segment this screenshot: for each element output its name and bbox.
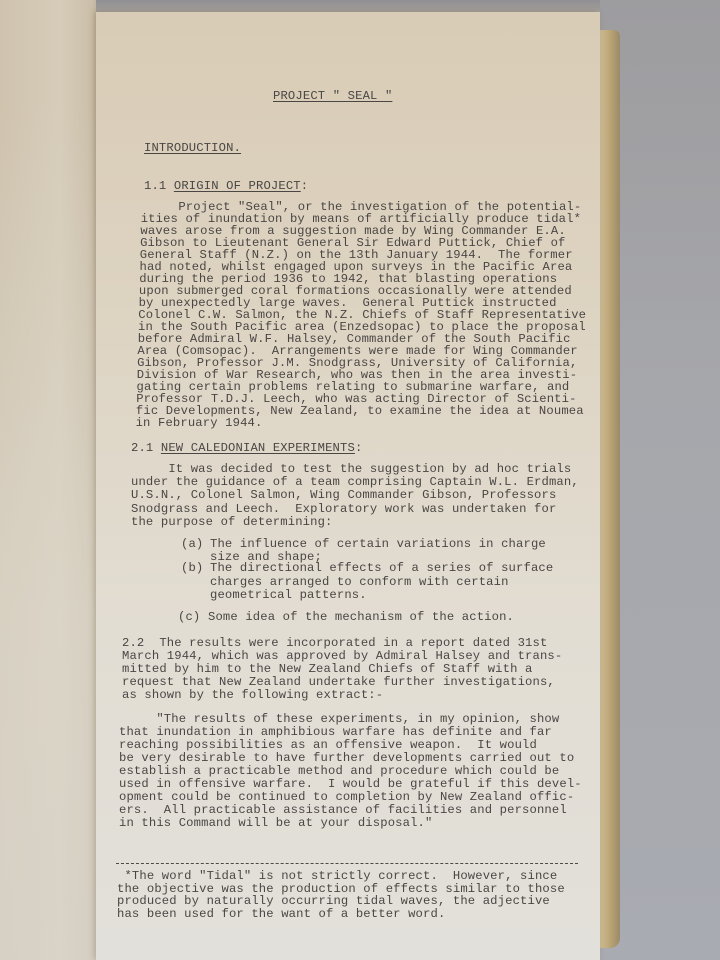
section-number: 2.1 [131, 441, 153, 455]
section-number: 1.1 [144, 179, 166, 193]
section-heading-introduction: INTRODUCTION. [144, 142, 241, 156]
heading-colon: : [355, 441, 362, 455]
paragraph-line: U.S.N., Colonel Salmon, Wing Commander G… [131, 489, 556, 503]
list-item-text: The directional effects of a series of s… [210, 562, 553, 576]
section-title: ORIGIN OF PROJECT [174, 179, 301, 193]
paragraph-line: the purpose of determining: [131, 516, 333, 530]
section-1-1-heading: 1.1 ORIGIN OF PROJECT: [144, 180, 308, 194]
list-item-label: (c) [178, 611, 200, 625]
list-item-text: geometrical patterns. [210, 589, 367, 603]
typewritten-document: PROJECT " SEAL " INTRODUCTION. 1.1 ORIGI… [0, 0, 720, 960]
list-item-label: (a) [181, 538, 203, 552]
document-title: PROJECT " SEAL " [273, 90, 392, 104]
footnote-line: has been used for the want of a better w… [117, 908, 445, 922]
quote-line: in this Command will be at your disposal… [119, 817, 432, 831]
section-2-1-heading: 2.1 NEW CALEDONIAN EXPERIMENTS: [131, 442, 362, 456]
list-item-label: (b) [181, 562, 203, 576]
heading-colon: : [301, 179, 308, 193]
footnote-rule [116, 863, 578, 864]
paragraph-line: in February 1944. [136, 417, 263, 431]
list-item-text: Some idea of the mechanism of the action… [208, 611, 514, 625]
paragraph-line: as shown by the following extract:- [122, 689, 383, 703]
section-title: NEW CALEDONIAN EXPERIMENTS [161, 441, 355, 455]
